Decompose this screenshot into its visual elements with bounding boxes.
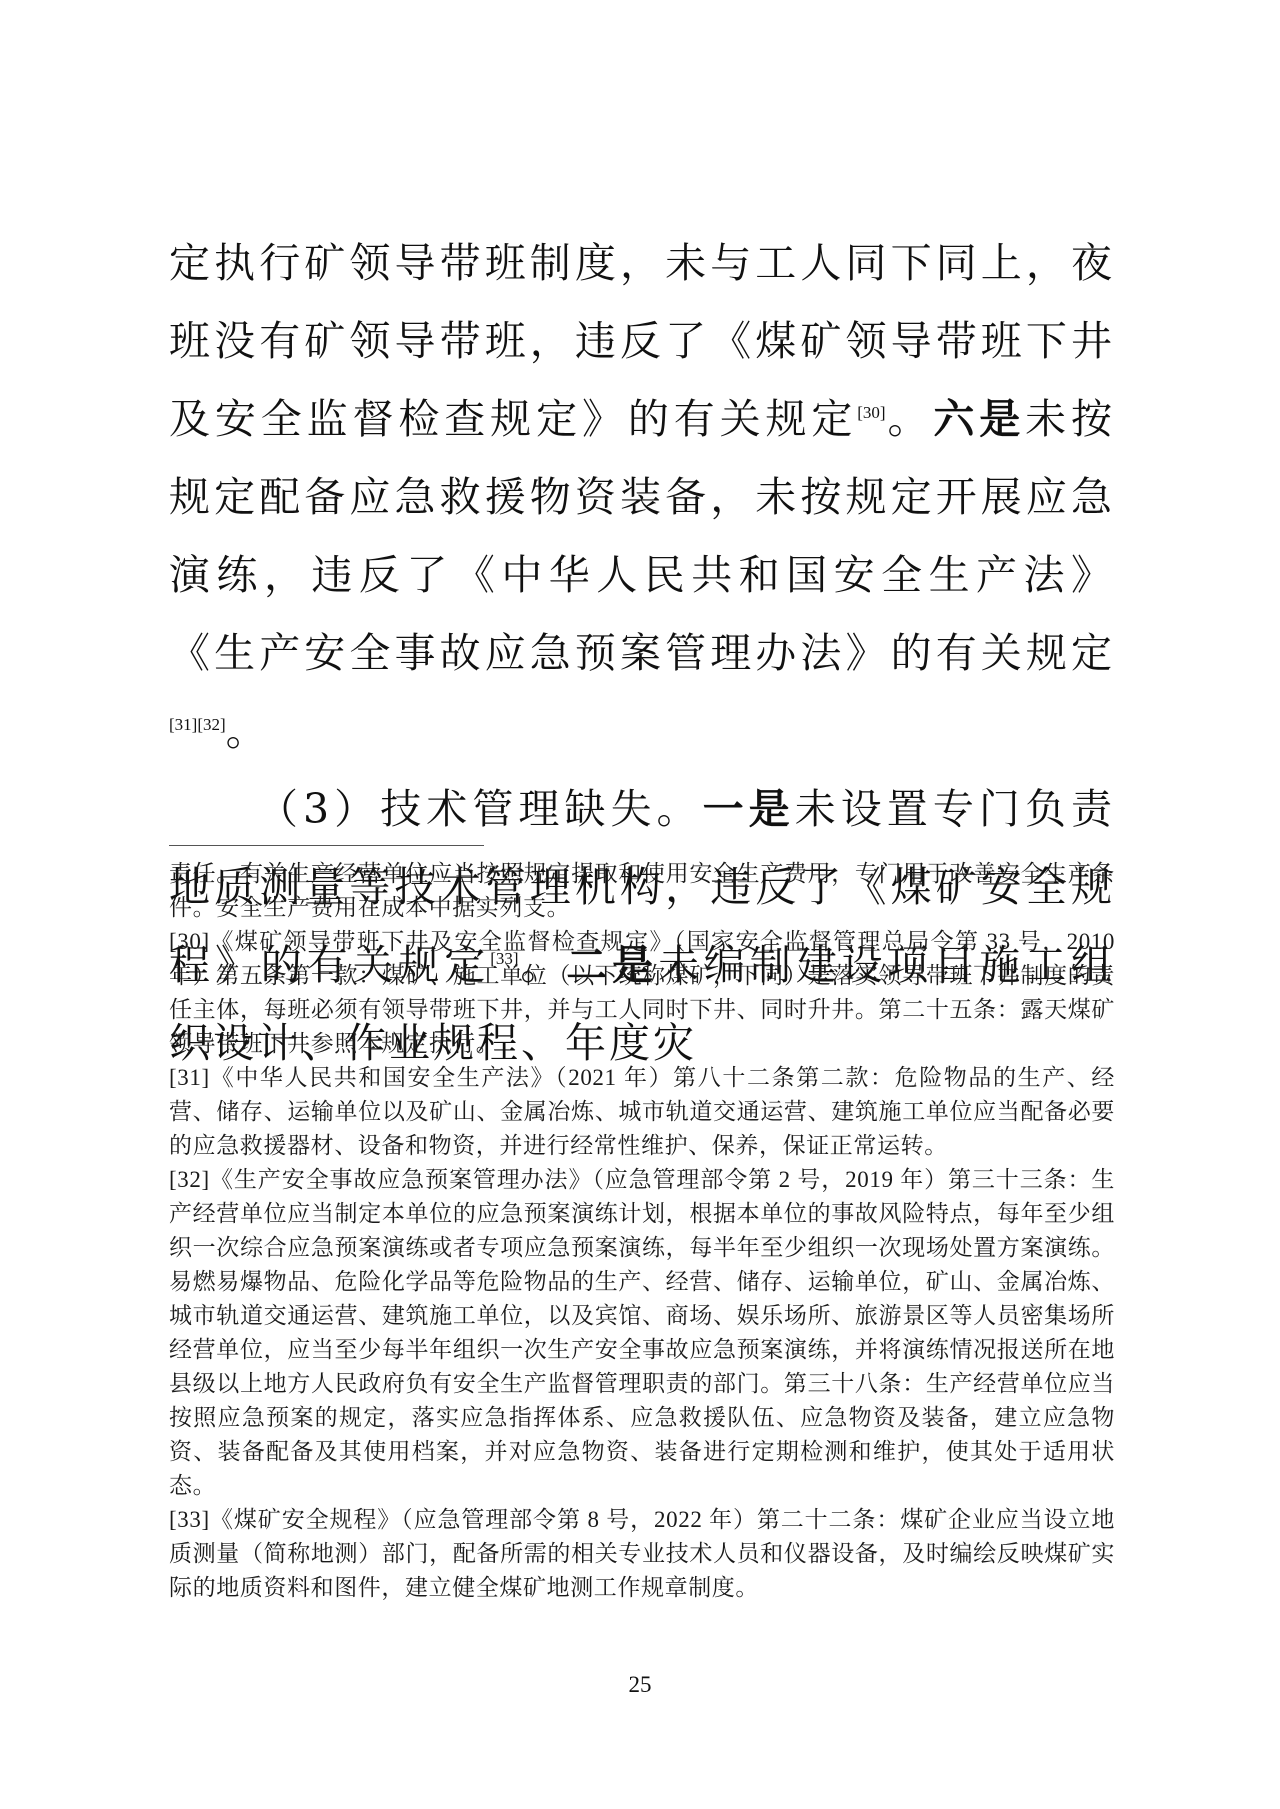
text-run: 。 — [886, 395, 934, 443]
paragraph-violations-continued: 定执行矿领导带班制度，未与工人同下同上，夜班没有矿领导带班，违反了《煤矿领导带班… — [169, 224, 1115, 770]
footnote-continued: 责任。有关生产经营单位应当按照规定提取和使用安全生产费用，专门用于改善安全生产条… — [169, 857, 1115, 925]
footnote-33: [33]《煤矿安全规程》（应急管理部令第 8 号，2022 年）第二十二条：煤矿… — [169, 1503, 1115, 1605]
page-number: 25 — [0, 1672, 1280, 1698]
document-page: 定执行矿领导带班制度，未与工人同下同上，夜班没有矿领导带班，违反了《煤矿领导带班… — [0, 0, 1280, 1809]
footnote-31: [31]《中华人民共和国安全生产法》（2021 年）第八十二条第二款：危险物品的… — [169, 1061, 1115, 1163]
bold-label-one: 一是 — [703, 785, 795, 833]
footnote-ref-31-32[interactable]: [31][32] — [169, 715, 226, 734]
text-run: 。 — [226, 707, 270, 755]
footnote-separator — [169, 845, 484, 846]
section-heading: （3）技术管理缺失。 — [257, 785, 703, 833]
footnote-32: [32]《生产安全事故应急预案管理办法》（应急管理部令第 2 号，2019 年）… — [169, 1163, 1115, 1503]
footnote-ref-30[interactable]: [30] — [857, 403, 885, 422]
bold-label-six: 六是 — [933, 395, 1025, 443]
footnote-30: [30]《煤矿领导带班下井及安全监督检查规定》（国家安全监督管理总局令第 33 … — [169, 925, 1115, 1061]
footnotes: 责任。有关生产经营单位应当按照规定提取和使用安全生产费用，专门用于改善安全生产条… — [169, 857, 1115, 1605]
